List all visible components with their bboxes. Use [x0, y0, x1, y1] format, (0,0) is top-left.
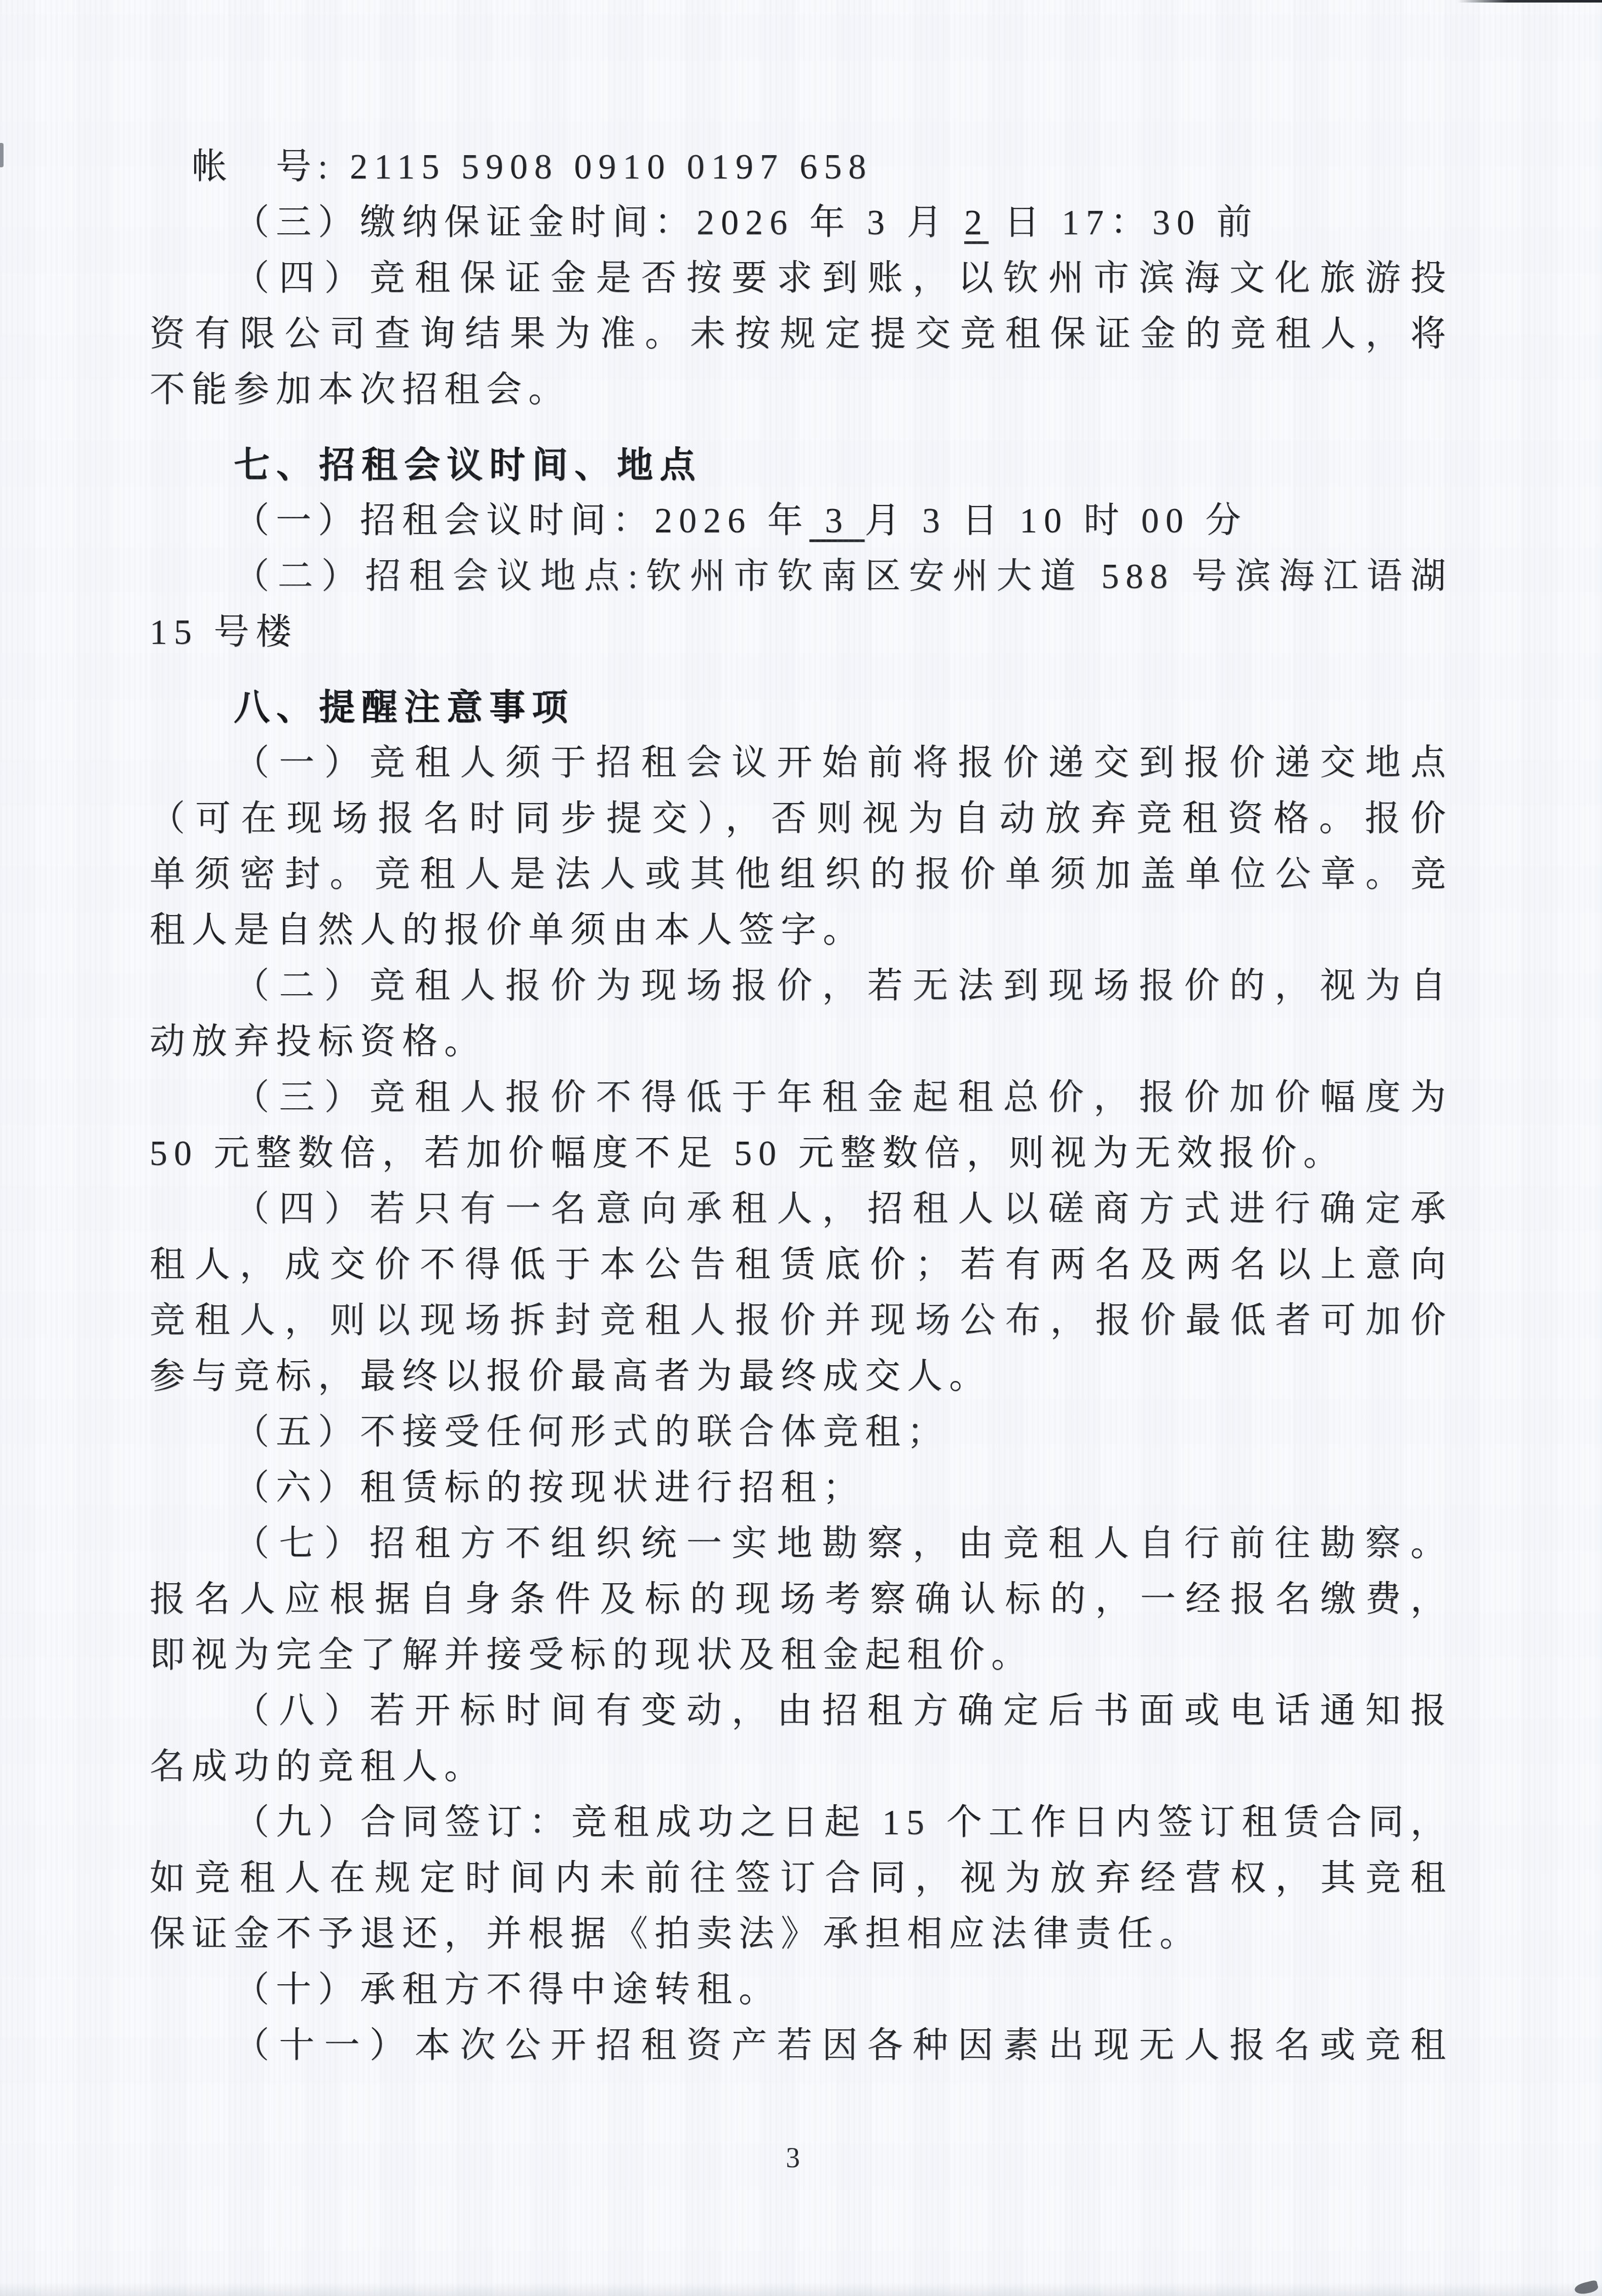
- text-segment: 15 号楼: [150, 613, 298, 652]
- text-segment: （一）竞租人须于招租会议开始前将报价递交到报价递交地点: [234, 744, 1452, 783]
- text-line: （五）不接受任何形式的联合体竞租；: [150, 1405, 1452, 1461]
- text-segment: 名成功的竞租人。: [150, 1747, 486, 1787]
- text-segment: 竞租人，则以现场拆封竞租人报价并现场公布，报价最低者可加价: [150, 1301, 1452, 1340]
- underlined-text: 2: [964, 203, 989, 242]
- scan-artifact-top-edge: [1458, 0, 1602, 3]
- text-segment: （三）竞租人报价不得低于年租金起租总价，报价加价幅度为: [234, 1078, 1452, 1117]
- text-segment: 日 17：30 前: [989, 203, 1259, 242]
- text-segment: 即视为完全了解并接受标的现状及租金起租价。: [150, 1636, 1033, 1675]
- text-segment: 七、招租会议时间、地点: [234, 445, 702, 485]
- text-line: （六）租赁标的按现状进行招租；: [150, 1461, 1452, 1516]
- text-segment: （三）缴纳保证金时间：2026 年 3 月: [234, 203, 964, 242]
- text-line: （九）合同签订：竞租成功之日起 15 个工作日内签订租赁合同，: [150, 1795, 1452, 1851]
- text-line: 动放弃投标资格。: [150, 1014, 1452, 1070]
- text-line: 即视为完全了解并接受标的现状及租金起租价。: [150, 1628, 1452, 1684]
- text-segment: 保证金不予退还，并根据《拍卖法》承担相应法律责任。: [150, 1915, 1201, 1954]
- text-segment: 不能参加本次招租会。: [150, 371, 570, 410]
- text-segment: 如竞租人在规定时间内未前往签订合同，视为放弃经营权，其竞租: [150, 1859, 1452, 1898]
- text-line: 参与竞标，最终以报价最高者为最终成交人。: [150, 1349, 1452, 1405]
- text-line: （三）竞租人报价不得低于年租金起租总价，报价加价幅度为: [150, 1070, 1452, 1126]
- text-line: 保证金不予退还，并根据《拍卖法》承担相应法律责任。: [150, 1907, 1452, 1962]
- scan-artifact-bottom-corner: [1574, 2280, 1599, 2296]
- text-line: （可在现场报名时同步提交），否则视为自动放弃竞租资格。报价: [150, 791, 1452, 847]
- text-segment: 单须密封。竞租人是法人或其他组织的报价单须加盖单位公章。竞: [150, 855, 1452, 894]
- text-line: 租人是自然人的报价单须由本人签字。: [150, 903, 1452, 959]
- text-line: （三）缴纳保证金时间：2026 年 3 月 2 日 17：30 前: [150, 195, 1452, 251]
- text-segment: 资有限公司查询结果为准。未按规定提交竞租保证金的竞租人，将: [150, 315, 1452, 354]
- text-line: 帐 号: 2115 5908 0910 0197 658: [150, 139, 1452, 195]
- document-lines: 帐 号: 2115 5908 0910 0197 658（三）缴纳保证金时间：2…: [150, 139, 1452, 2074]
- section-heading: 八、提醒注意事项: [150, 680, 1452, 736]
- text-line: （四）若只有一名意向承租人，招租人以磋商方式进行确定承: [150, 1182, 1452, 1237]
- text-segment: （四）竞租保证金是否按要求到账，以钦州市滨海文化旅游投: [234, 259, 1452, 298]
- text-line: （四）竞租保证金是否按要求到账，以钦州市滨海文化旅游投: [150, 251, 1452, 307]
- text-segment: （六）租赁标的按现状进行招租；: [234, 1469, 865, 1508]
- text-line: 50 元整数倍，若加价幅度不足 50 元整数倍，则视为无效报价。: [150, 1126, 1452, 1182]
- text-line: 资有限公司查询结果为准。未按规定提交竞租保证金的竞租人，将: [150, 307, 1452, 362]
- text-line: 名成功的竞租人。: [150, 1739, 1452, 1795]
- text-segment: （四）若只有一名意向承租人，招租人以磋商方式进行确定承: [234, 1190, 1452, 1229]
- text-segment: 八、提醒注意事项: [234, 687, 574, 727]
- text-segment: （八）若开标时间有变动，由招租方确定后书面或电话通知报: [234, 1692, 1452, 1731]
- scan-artifact-left-edge: [0, 143, 4, 167]
- scanned-document-page: { "document": { "page_number": "3", "ink…: [0, 0, 1602, 2296]
- text-segment: （十一）本次公开招租资产若因各种因素出现无人报名或竞租: [234, 2026, 1452, 2065]
- text-line: 租人，成交价不得低于本公告租赁底价；若有两名及两名以上意向: [150, 1237, 1452, 1293]
- text-line: （十）承租方不得中途转租。: [150, 1962, 1452, 2018]
- text-segment: （九）合同签订：竞租成功之日起 15 个工作日内签订租赁合同，: [234, 1803, 1452, 1842]
- text-segment: （七）招租方不组织统一实地勘察，由竞租人自行前往勘察。: [234, 1524, 1452, 1563]
- text-segment: 参与竞标，最终以报价最高者为最终成交人。: [150, 1357, 991, 1396]
- text-segment: 租人是自然人的报价单须由本人签字。: [150, 911, 865, 950]
- text-segment: （五）不接受任何形式的联合体竞租；: [234, 1413, 949, 1452]
- text-segment: 帐 号: 2115 5908 0910 0197 658: [192, 148, 872, 187]
- text-line: （七）招租方不组织统一实地勘察，由竞租人自行前往勘察。: [150, 1516, 1452, 1572]
- text-line: 15 号楼: [150, 605, 1452, 661]
- text-line: （二）竞租人报价为现场报价，若无法到现场报价的，视为自: [150, 959, 1452, 1014]
- text-segment: 50 元整数倍，若加价幅度不足 50 元整数倍，则视为无效报价。: [150, 1134, 1345, 1173]
- text-line: （十一）本次公开招租资产若因各种因素出现无人报名或竞租: [150, 2018, 1452, 2074]
- text-line: （二）招租会议地点:钦州市钦南区安州大道 588 号滨海江语湖: [150, 549, 1452, 605]
- text-line: 单须密封。竞租人是法人或其他组织的报价单须加盖单位公章。竞: [150, 847, 1452, 903]
- text-line: 不能参加本次招租会。: [150, 362, 1452, 418]
- text-line: 如竞租人在规定时间内未前往签订合同，视为放弃经营权，其竞租: [150, 1851, 1452, 1907]
- text-segment: 租人，成交价不得低于本公告租赁底价；若有两名及两名以上意向: [150, 1246, 1452, 1285]
- text-line: （一）招租会议时间：2026 年 3 月 3 日 10 时 00 分: [150, 493, 1452, 549]
- text-segment: （二）招租会议地点:钦州市钦南区安州大道 588 号滨海江语湖: [234, 557, 1452, 596]
- text-line: 报名人应根据自身条件及标的现场考察确认标的，一经报名缴费，: [150, 1572, 1452, 1628]
- text-line: 竞租人，则以现场拆封竞租人报价并现场公布，报价最低者可加价: [150, 1293, 1452, 1349]
- text-segment: （可在现场报名时同步提交），否则视为自动放弃竞租资格。报价: [150, 799, 1452, 839]
- underlined-text: 3: [810, 501, 865, 540]
- text-segment: 动放弃投标资格。: [150, 1023, 486, 1062]
- text-segment: 月 3 日 10 时 00 分: [865, 501, 1248, 540]
- text-segment: 报名人应根据自身条件及标的现场考察确认标的，一经报名缴费，: [150, 1580, 1452, 1619]
- text-line: （八）若开标时间有变动，由招租方确定后书面或电话通知报: [150, 1684, 1452, 1739]
- text-segment: （二）竞租人报价为现场报价，若无法到现场报价的，视为自: [234, 967, 1452, 1006]
- page-number: 3: [0, 2140, 1586, 2176]
- text-line: （一）竞租人须于招租会议开始前将报价递交到报价递交地点: [150, 736, 1452, 791]
- text-segment: （一）招租会议时间：2026 年: [234, 501, 810, 540]
- section-heading: 七、招租会议时间、地点: [150, 438, 1452, 493]
- text-segment: （十）承租方不得中途转租。: [234, 1971, 781, 2010]
